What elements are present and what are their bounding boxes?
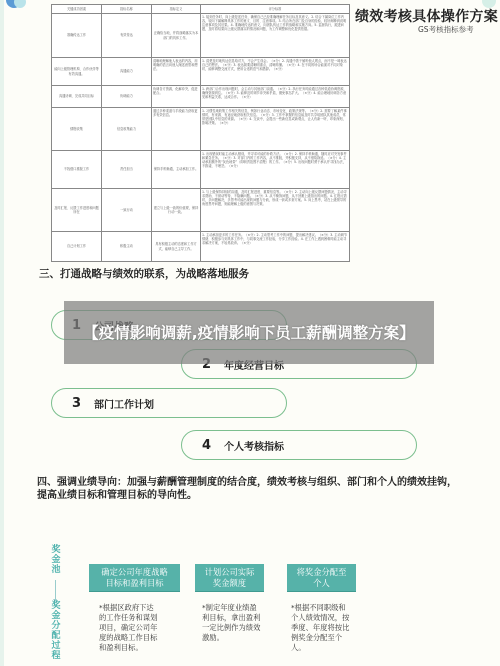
definition-cell: 通过多种渠道与手段能力获取更多有效信息。 (152, 108, 201, 151)
step-label: 个人考核指标 (224, 438, 284, 453)
column-header: 指标定义 (152, 5, 201, 14)
definition-cell: 清晰地理解他人表达的内容，用明确的语言向他人阐述意思和想法。 (152, 58, 201, 86)
table-row: 沟通协调、完成共同目标 协调能力 协调各方资源，化解冲突，促进配合。 1. 跨部… (52, 86, 350, 108)
criteria-cell: 1. 出现错误时能主动承认错误，并寻求可能的补救方法。（×分）2. 保持手机畅通… (201, 151, 350, 189)
definition-cell: 保持手机畅通，主动承担工作。 (152, 151, 201, 189)
criteria-cell: 1. 清楚及时地传达信息给对方，不会产生误会。（×分）2. 沟通中善于倾听他人观… (201, 58, 350, 86)
column-header: 指标名称 (102, 5, 152, 14)
kpi-table: 关键成功因素 指标名称 指标定义 评分标准 准确传达工作 有效传达 正确恰当地，… (51, 4, 350, 262)
indicator-name-cell: 积极主动 (102, 232, 152, 262)
definition-cell: 正确恰当地，并将战略落实为本部门的具体工作。 (152, 14, 201, 58)
step-number: 4 (202, 438, 224, 453)
process-step-title: 计划公司实际奖金额度 (201, 567, 259, 589)
process-step-desc-2: *制定年度业绩盈利目标，拿出盈利一定比例作为绩效激励。 (202, 603, 262, 643)
criteria-cell: 1. 接到任务时，向上级复述任务，确保自己已经准确理解任务目标及其意义。2. 结… (201, 14, 350, 58)
table-row: 不找借口推脱工作 责任担当 保持手机畅通，主动承担工作。 1. 出现错误时能主动… (52, 151, 350, 189)
document-subtitle: GS考核指标参考 (418, 24, 474, 35)
criteria-cell: 1. 主动承担更多的工作任务。（×分）2. 主动思考工作中的问题，提出解决建议。… (201, 232, 350, 262)
criteria-cell: 1. 跨部门合作出现问题时，会主动与其他部门沟通。（×分）2. 执行任务时能通过… (201, 86, 350, 108)
factor-cell: 准确传达工作 (52, 14, 102, 58)
indicator-name-cell: 协调能力 (102, 86, 152, 108)
process-step-box-2: 计划公司实际奖金额度 (195, 564, 264, 592)
bonus-pool-label: 奖金池 (50, 545, 62, 575)
definition-cell: 建立与上级一致的价值观，保持行动一致。 (152, 189, 201, 232)
strategy-step-4: 4 个人考核指标 (181, 430, 417, 460)
overlay-title: 【疫情影响调薪,疫情影响下员工薪酬调整方案】 (83, 320, 414, 346)
table-row: 情报收集 信息收集能力 通过多种渠道与手段能力获取更多有效信息。 1. 习惯性地… (52, 108, 350, 151)
indicator-name-cell: 一致行动 (102, 189, 152, 232)
section-4-heading: 四、强调业绩导向：加强与薪酬管理制度的结合度，绩效考核与组织、部门和个人的绩效挂… (37, 476, 457, 502)
definition-cell: 协调各方资源，化解冲突，促进配合。 (152, 86, 201, 108)
section-3-heading: 三、打通战略与绩效的联系，为战略落地服务 (39, 266, 249, 281)
indicator-name-cell: 沟通能力 (102, 58, 152, 86)
definition-cell: 具有积极主动的态度和工作方式，能够自己主导工作。 (152, 232, 201, 262)
factor-cell: 沟通协调、完成共同目标 (52, 86, 102, 108)
factor-cell: 及时汇报、反馈工作进度和问题所在 (52, 189, 102, 232)
process-step-title: 将奖金分配至个人 (293, 567, 351, 589)
process-step-box-1: 确定公司年度战略目标和盈利目标 (89, 564, 180, 592)
factor-cell: 情报收集 (52, 108, 102, 151)
indicator-name-cell: 信息收集能力 (102, 108, 152, 151)
table-row: 及时汇报、反馈工作进度和问题所在 一致行动 建立与上级一致的价值观，保持行动一致… (52, 189, 350, 232)
criteria-cell: 1. 与上级保持持续的沟通，及时汇报进度、重要信息等。（×分）2. 主动向上级反… (201, 189, 350, 232)
process-step-desc-1: *根据区政府下达的工作任务和谋划项目，确定公司年度的战略工作目标和盈利目标。 (99, 603, 161, 653)
factor-cell: 自己计划工作 (52, 232, 102, 262)
process-step-box-3: 将奖金分配至个人 (287, 564, 356, 592)
column-header: 评分标准 (201, 5, 350, 14)
left-decoration-strip (0, 0, 4, 666)
process-step-title: 确定公司年度战略目标和盈利目标 (100, 567, 170, 589)
down-arrow-icon (55, 580, 56, 600)
table-header-row: 关键成功因素 指标名称 指标定义 评分标准 (52, 5, 350, 14)
factor-cell: 不找借口推脱工作 (52, 151, 102, 189)
bonus-distribution-label: 奖金分配过程 (50, 601, 62, 661)
strategy-step-3: 3 部门工作计划 (51, 388, 287, 418)
table-row: 准确传达工作 有效传达 正确恰当地，并将战略落实为本部门的具体工作。 1. 接到… (52, 14, 350, 58)
step-label: 部门工作计划 (94, 396, 154, 411)
table-row: 自己计划工作 积极主动 具有积极主动的态度和工作方式，能够自己主导工作。 1. … (52, 232, 350, 262)
corner-decoration-icon (14, 0, 26, 8)
document-title: 绩效考核具体操作方案 (355, 6, 498, 26)
title-overlay-banner: 【疫情影响调薪,疫情影响下员工薪酬调整方案】 (64, 301, 434, 364)
column-header: 关键成功因素 (52, 5, 102, 14)
indicator-name-cell: 责任担当 (102, 151, 152, 189)
criteria-cell: 1. 习惯性地收集工作相关的信息，例如行业动态、市场变化、政策法规等。（×分）2… (201, 108, 350, 151)
indicator-name-cell: 有效传达 (102, 14, 152, 58)
table-row: 能向上级管理机构、合作伙伴等有效沟通。 沟通能力 清晰地理解他人表达的内容，用明… (52, 58, 350, 86)
factor-cell: 能向上级管理机构、合作伙伴等有效沟通。 (52, 58, 102, 86)
process-step-desc-3: *根据不同职级和个人绩效情况，按季度、年度将按比例奖金分配至个人。 (291, 603, 353, 653)
step-number: 3 (72, 396, 94, 411)
